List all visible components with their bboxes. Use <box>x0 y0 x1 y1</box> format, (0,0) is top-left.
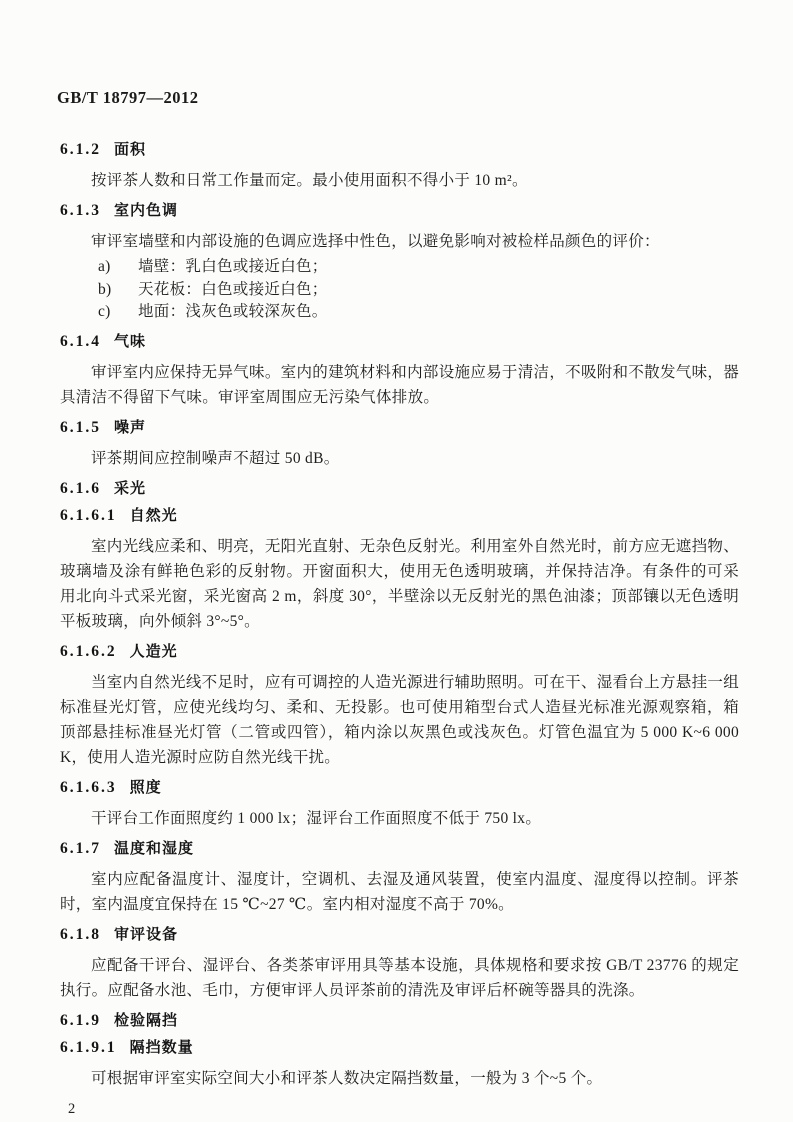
paragraph: 干评台工作面照度约 1 000 lx；湿评台工作面照度不低于 750 lx。 <box>60 806 739 831</box>
section-title: 隔挡数量 <box>130 1039 194 1056</box>
color-requirement-list: a)墙壁：乳白色或接近白色； b)天花板：白色或接近白色； c)地面：浅灰色或较… <box>60 256 739 324</box>
page-number: 2 <box>68 1101 739 1118</box>
list-text: 地面：浅灰色或较深灰色。 <box>138 303 328 320</box>
list-text: 墙壁：乳白色或接近白色； <box>138 258 328 275</box>
section-number: 6.1.2 <box>60 141 101 158</box>
section-heading-6-1-7: 6.1.7温度和湿度 <box>60 840 739 858</box>
section-number: 6.1.3 <box>60 202 101 219</box>
section-title: 温度和湿度 <box>114 840 194 857</box>
section-number: 6.1.6.2 <box>60 643 117 660</box>
section-title: 采光 <box>114 480 146 497</box>
standard-number: GB/T 18797—2012 <box>57 88 199 108</box>
section-number: 6.1.9.1 <box>60 1039 117 1056</box>
section-heading-6-1-9: 6.1.9检验隔挡 <box>60 1012 739 1030</box>
section-heading-6-1-9-1: 6.1.9.1隔挡数量 <box>60 1039 739 1057</box>
paragraph: 当室内自然光线不足时，应有可调控的人造光源进行辅助照明。可在干、湿看台上方悬挂一… <box>60 670 739 770</box>
section-heading-6-1-6-1: 6.1.6.1自然光 <box>60 507 739 525</box>
section-title: 审评设备 <box>114 926 178 943</box>
paragraph: 室内应配备温度计、湿度计，空调机、去湿及通风装置，使室内温度、湿度得以控制。评茶… <box>60 867 739 917</box>
paragraph: 室内光线应柔和、明亮，无阳光直射、无杂色反射光。利用室外自然光时，前方应无遮挡物… <box>60 534 739 634</box>
document-content: 6.1.2面积 按评茶人数和日常工作量而定。最小使用面积不得小于 10 m²。 … <box>60 132 739 1118</box>
list-marker: a) <box>98 256 138 279</box>
section-number: 6.1.6.3 <box>60 779 117 796</box>
paragraph: 按评茶人数和日常工作量而定。最小使用面积不得小于 10 m²。 <box>60 168 739 193</box>
paragraph: 审评室墙壁和内部设施的色调应选择中性色，以避免影响对被检样品颜色的评价： <box>60 229 739 254</box>
section-title: 检验隔挡 <box>114 1012 178 1029</box>
section-title: 气味 <box>114 333 146 350</box>
section-title: 自然光 <box>130 507 178 524</box>
section-heading-6-1-2: 6.1.2面积 <box>60 141 739 159</box>
section-number: 6.1.6.1 <box>60 507 117 524</box>
list-marker: c) <box>98 301 138 324</box>
section-title: 人造光 <box>130 643 178 660</box>
list-item: c)地面：浅灰色或较深灰色。 <box>60 301 739 324</box>
paragraph: 可根据审评室实际空间大小和评茶人数决定隔挡数量，一般为 3 个~5 个。 <box>60 1066 739 1091</box>
section-number: 6.1.5 <box>60 419 101 436</box>
paragraph: 审评室内应保持无异气味。室内的建筑材料和内部设施应易于清洁，不吸附和不散发气味，… <box>60 360 739 410</box>
paragraph: 应配备干评台、湿评台、各类茶审评用具等基本设施，具体规格和要求按 GB/T 23… <box>60 953 739 1003</box>
section-heading-6-1-3: 6.1.3室内色调 <box>60 202 739 220</box>
section-number: 6.1.7 <box>60 840 101 857</box>
section-heading-6-1-6: 6.1.6采光 <box>60 480 739 498</box>
section-heading-6-1-8: 6.1.8审评设备 <box>60 926 739 944</box>
paragraph: 评茶期间应控制噪声不超过 50 dB。 <box>60 446 739 471</box>
section-title: 面积 <box>114 141 146 158</box>
section-number: 6.1.9 <box>60 1012 101 1029</box>
section-title: 照度 <box>130 779 162 796</box>
section-number: 6.1.4 <box>60 333 101 350</box>
section-heading-6-1-4: 6.1.4气味 <box>60 333 739 351</box>
section-heading-6-1-5: 6.1.5噪声 <box>60 419 739 437</box>
section-number: 6.1.6 <box>60 480 101 497</box>
document-page: GB/T 18797—2012 6.1.2面积 按评茶人数和日常工作量而定。最小… <box>0 0 793 1122</box>
section-title: 噪声 <box>114 419 146 436</box>
section-number: 6.1.8 <box>60 926 101 943</box>
section-title: 室内色调 <box>114 202 178 219</box>
list-item: a)墙壁：乳白色或接近白色； <box>60 256 739 279</box>
list-text: 天花板：白色或接近白色； <box>138 281 328 298</box>
section-heading-6-1-6-3: 6.1.6.3照度 <box>60 779 739 797</box>
list-marker: b) <box>98 279 138 302</box>
list-item: b)天花板：白色或接近白色； <box>60 279 739 302</box>
section-heading-6-1-6-2: 6.1.6.2人造光 <box>60 643 739 661</box>
